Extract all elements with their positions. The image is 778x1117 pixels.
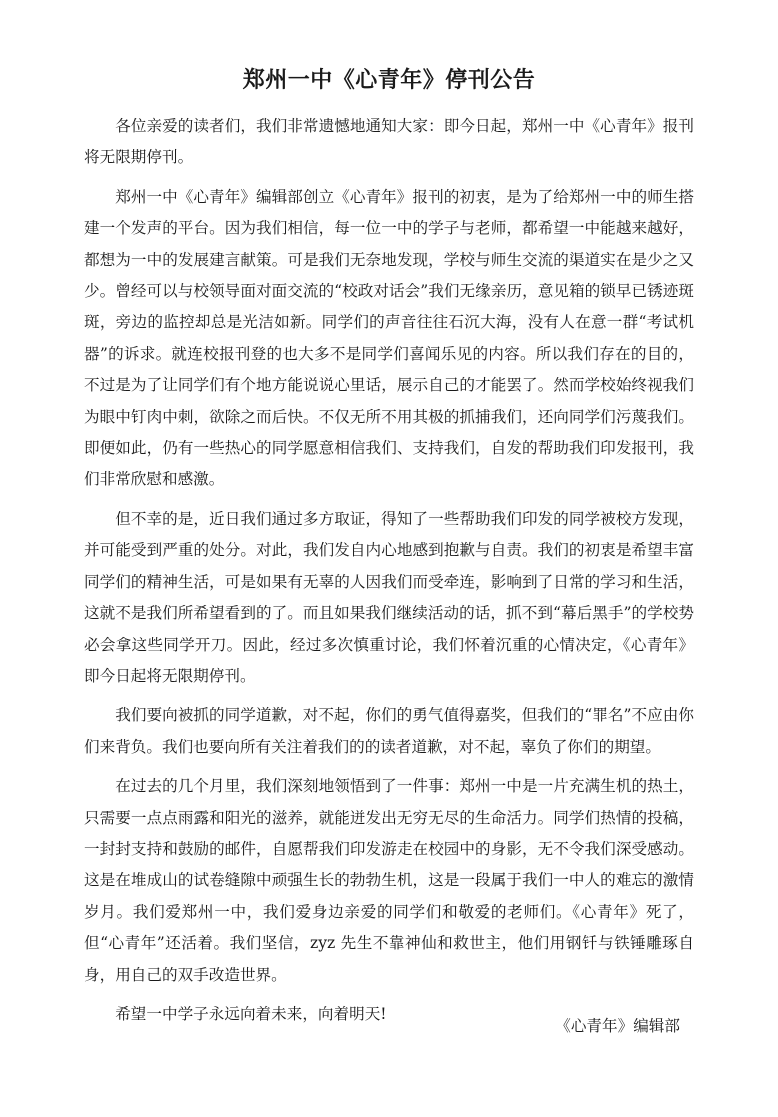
paragraph-reflection: 在过去的几个月里，我们深刻地领悟到了一件事：郑州一中是一片充满生机的热土，只需要… — [84, 771, 694, 991]
document-body: 各位亲爱的读者们，我们非常遗憾地通知大家：即今日起，郑州一中《心青年》报刊将无限… — [84, 111, 694, 1038]
signature: 《心青年》编辑部 — [84, 1012, 680, 1040]
paragraph-misfortune: 但不幸的是，近日我们通过多方取证，得知了一些帮助我们印发的同学被校方发现，并可能… — [84, 504, 694, 692]
paragraph-founding-purpose: 郑州一中《心青年》编辑部创立《心青年》报刊的初衷，是为了给郑州一中的师生搭建一个… — [84, 182, 694, 496]
paragraph-apology: 我们要向被抓的同学道歉，对不起，你们的勇气值得嘉奖，但我们的“罪名”不应由你们来… — [84, 700, 694, 763]
paragraph-announcement: 各位亲爱的读者们，我们非常遗憾地通知大家：即今日起，郑州一中《心青年》报刊将无限… — [84, 111, 694, 174]
document-title: 郑州一中《心青年》停刊公告 — [84, 64, 694, 96]
